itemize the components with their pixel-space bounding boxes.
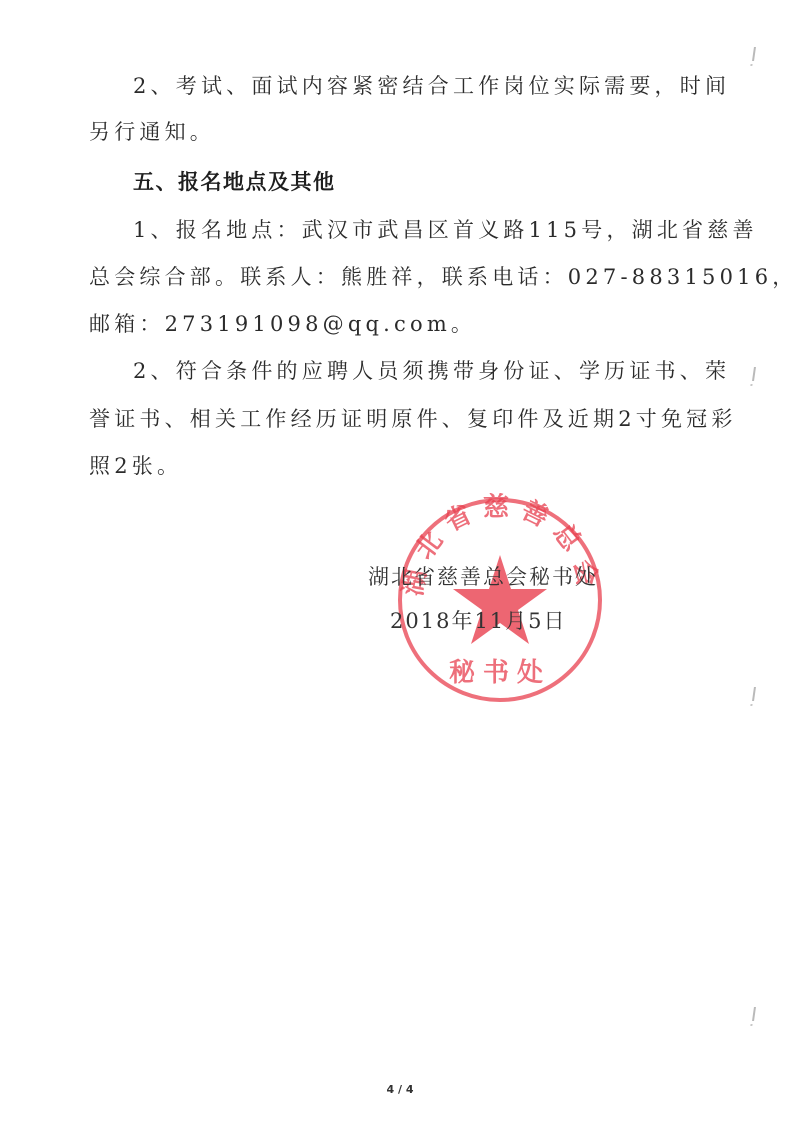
scan-edge-mark (752, 1007, 756, 1021)
paragraph-documents-line-2: 誉证书、相关工作经历证明原件、复印件及近期2寸免冠彩 (89, 409, 737, 430)
scan-edge-mark (752, 47, 756, 61)
paragraph-documents-line-1: 2、符合条件的应聘人员须携带身份证、学历证书、荣 (133, 361, 730, 382)
page-number: 4 / 4 (0, 1083, 800, 1096)
paragraph-location-line-1: 1、报名地点：武汉市武昌区首义路115号，湖北省慈善 (133, 220, 758, 241)
paragraph-location-line-2: 总会综合部。联系人：熊胜祥，联系电话：027-88315016， (89, 267, 797, 288)
section-heading: 五、报名地点及其他 (133, 172, 336, 193)
svg-text:秘书处: 秘书处 (449, 658, 551, 688)
paragraph-exam-note-line-1: 2、考试、面试内容紧密结合工作岗位实际需要，时间 (133, 76, 730, 97)
scan-edge-mark (752, 687, 756, 701)
paragraph-documents-line-3: 照2张。 (89, 456, 182, 477)
signature-date: 2018年11月5日 (390, 611, 567, 632)
scan-edge-mark (752, 367, 756, 381)
signature-organization: 湖北省慈善总会秘书处 (368, 567, 598, 588)
paragraph-exam-note-line-2: 另行通知。 (89, 122, 215, 143)
official-seal-stamp: 湖北省慈善总会 秘书处 (393, 493, 607, 707)
document-page: 2、考试、面试内容紧密结合工作岗位实际需要，时间 另行通知。 五、报名地点及其他… (0, 0, 800, 1136)
paragraph-location-line-3: 邮箱：273191098@qq.com。 (89, 314, 476, 335)
